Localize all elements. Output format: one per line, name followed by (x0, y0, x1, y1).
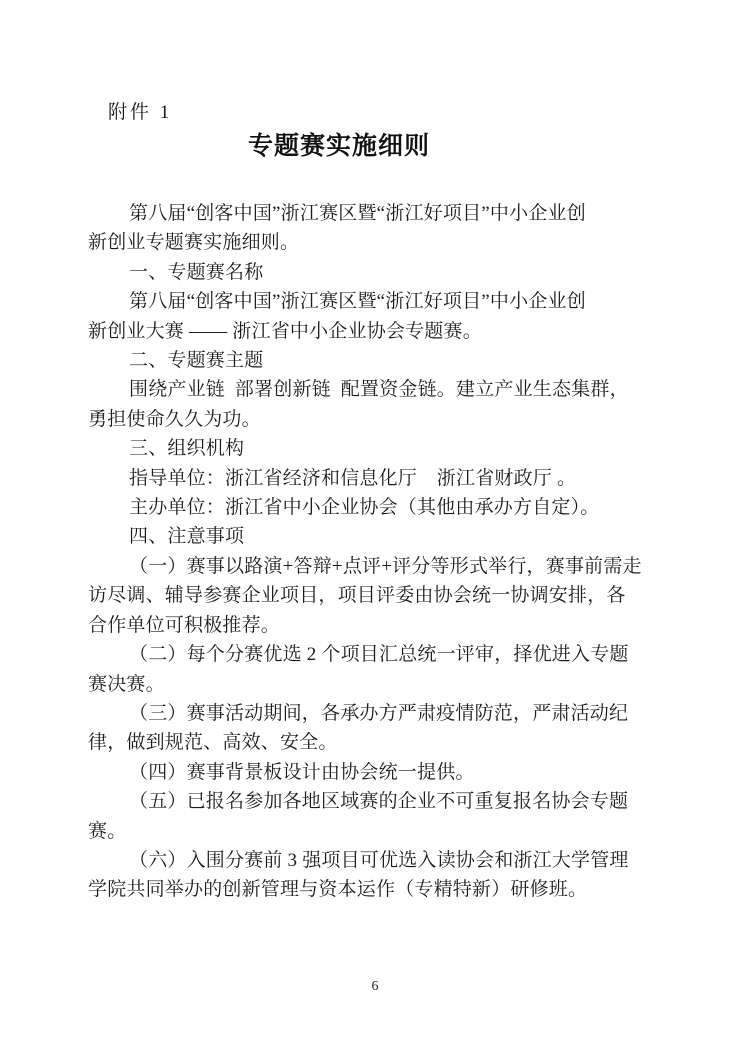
body-line: 三、组织机构 (88, 434, 648, 463)
body-line: 四、注意事项 (88, 522, 648, 551)
page-number: 6 (0, 979, 750, 995)
document-body: 第八届“创客中国”浙江赛区暨“浙江好项目”中小企业创新创业专题赛实施细则。一、专… (88, 199, 648, 905)
body-line: 主办单位：浙江省中小企业协会（其他由承办方自定）。 (88, 493, 648, 522)
body-line: （二）每个分赛优选 2 个项目汇总统一评审，择优进入专题 (88, 640, 648, 669)
body-line: 围绕产业链 部署创新链 配置资金链。建立产业生态集群， (88, 375, 648, 404)
document-page: 附件 1 专题赛实施细则 第八届“创客中国”浙江赛区暨“浙江好项目”中小企业创新… (0, 0, 750, 1060)
body-line: 赛决赛。 (88, 670, 648, 699)
body-line: 一、专题赛名称 (88, 258, 648, 287)
body-line: 第八届“创客中国”浙江赛区暨“浙江好项目”中小企业创 (88, 287, 648, 316)
body-line: 第八届“创客中国”浙江赛区暨“浙江好项目”中小企业创 (88, 199, 648, 228)
document-title: 专题赛实施细则 (248, 126, 430, 162)
body-line: （四）赛事背景板设计由协会统一提供。 (88, 758, 648, 787)
attachment-label: 附件 1 (108, 97, 172, 124)
body-line: （六）入围分赛前 3 强项目可优选入读协会和浙江大学管理 (88, 846, 648, 875)
body-line: 赛。 (88, 817, 648, 846)
body-line: 合作单位可积极推荐。 (88, 611, 648, 640)
body-line: 新创业专题赛实施细则。 (88, 228, 648, 257)
body-line: 学院共同举办的创新管理与资本运作（专精特新）研修班。 (88, 875, 648, 904)
body-line: （一）赛事以路演+答辩+点评+评分等形式举行，赛事前需走 (88, 552, 648, 581)
body-line: 访尽调、辅导参赛企业项目，项目评委由协会统一协调安排，各 (88, 581, 648, 610)
body-line: （五）已报名参加各地区域赛的企业不可重复报名协会专题 (88, 787, 648, 816)
body-line: 新创业大赛 —— 浙江省中小企业协会专题赛。 (88, 317, 648, 346)
body-line: 二、专题赛主题 (88, 346, 648, 375)
body-line: 指导单位：浙江省经济和信息化厅 浙江省财政厅 。 (88, 464, 648, 493)
body-line: 律，做到规范、高效、安全。 (88, 728, 648, 757)
body-line: （三）赛事活动期间，各承办方严肃疫情防范，严肃活动纪 (88, 699, 648, 728)
body-line: 勇担使命久久为功。 (88, 405, 648, 434)
